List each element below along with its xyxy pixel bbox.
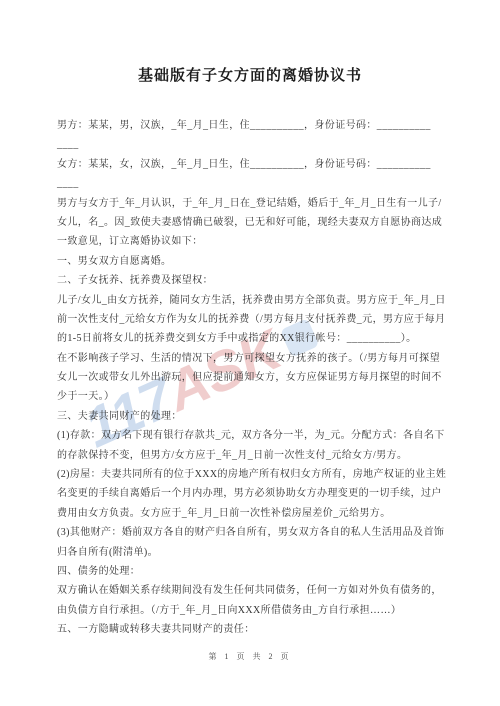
text-line: 归各自所有(附清单)。	[57, 543, 447, 562]
page-number: 第 1 页 共 2 页	[0, 651, 500, 662]
text-line: 费用由女方负责。女方应于_年_月_日前一次性补偿房屋差价_元给男方。	[57, 504, 447, 523]
text-line: 少于一天。）	[57, 387, 447, 406]
text-line: (3)其他财产：婚前双方各自的财产归各自所有，男女双方各自的私人生活用品及首饰	[57, 523, 447, 542]
text-line: 在不影响孩子学习、生活的情况下，男方可探望女方抚养的孩子。（/男方每月可探望	[57, 349, 447, 368]
text-line: (1)存款：双方名下现有银行存款共_元，双方各分一半，为_元。分配方式：各自名下	[57, 426, 447, 445]
text-line: 女方：某某，女，汉族，_年_月_日生，住__________，身份证号码：___…	[57, 155, 447, 174]
text-line: 女儿，名_。因_致使夫妻感情确已破裂，已无和好可能，现经夫妻双方自愿协商达成	[57, 213, 447, 232]
page-title: 基础版有子女方面的离婚协议书	[0, 64, 500, 85]
text-line: 五、一方隐瞒或转移夫妻共同财产的责任：	[57, 620, 447, 639]
text-line: 男方：某某，男，汉族，_年_月_日生，住__________，身份证号码：___…	[57, 116, 447, 135]
text-line: 女儿一次或带女儿外出游玩，但应提前通知女方，女方应保证男方每月探望的时间不	[57, 368, 447, 387]
text-line: 二、子女抚养、抚养费及探望权：	[57, 271, 447, 290]
text-line: 男方与女方于_年_月认识，于_年_月_日在_登记结婚，婚后于_年_月_日生有一儿…	[57, 194, 447, 213]
text-line: ____	[57, 135, 447, 154]
text-line: 一致意见，订立离婚协议如下：	[57, 232, 447, 251]
document-body: 男方：某某，男，汉族，_年_月_日生，住__________，身份证号码：___…	[57, 116, 447, 640]
text-line: 儿子/女儿_由女方抚养，随同女方生活，抚养费由男方全部负责。男方应于_年_月_日	[57, 291, 447, 310]
text-line: 四、债务的处理：	[57, 562, 447, 581]
document-page: 117ASK 基础版有子女方面的离婚协议书 男方：某某，男，汉族，_年_月_日生…	[0, 0, 500, 706]
text-line: 的存款保持不变，但男方/女方应于_年_月_日前一次性支付_元给女方/男方。	[57, 446, 447, 465]
text-line: 的1-5日前将女儿的抚养费交到女方手中或指定的XX银行帐号：__________…	[57, 329, 447, 348]
text-line: 双方确认在婚姻关系存续期间没有发生任何共同债务，任何一方如对外负有债务的，	[57, 581, 447, 600]
text-line: 三、夫妻共同财产的处理：	[57, 407, 447, 426]
text-line: 名变更的手续自离婚后一个月内办理，男方必须协助女方办理变更的一切手续，过户	[57, 484, 447, 503]
text-line: 一、男女双方自愿离婚。	[57, 252, 447, 271]
text-line: (2)房屋：夫妻共同所有的位于XXX的房地产所有权归女方所有，房地产权证的业主姓	[57, 465, 447, 484]
text-line: ____	[57, 174, 447, 193]
text-line: 由负债方自行承担。（/方于_年_月_日向XXX所借债务由_方自行承担……）	[57, 601, 447, 620]
text-line: 前一次性支付_元给女方作为女儿的抚养费（/男方每月支付抚养费_元，男方应于每月	[57, 310, 447, 329]
